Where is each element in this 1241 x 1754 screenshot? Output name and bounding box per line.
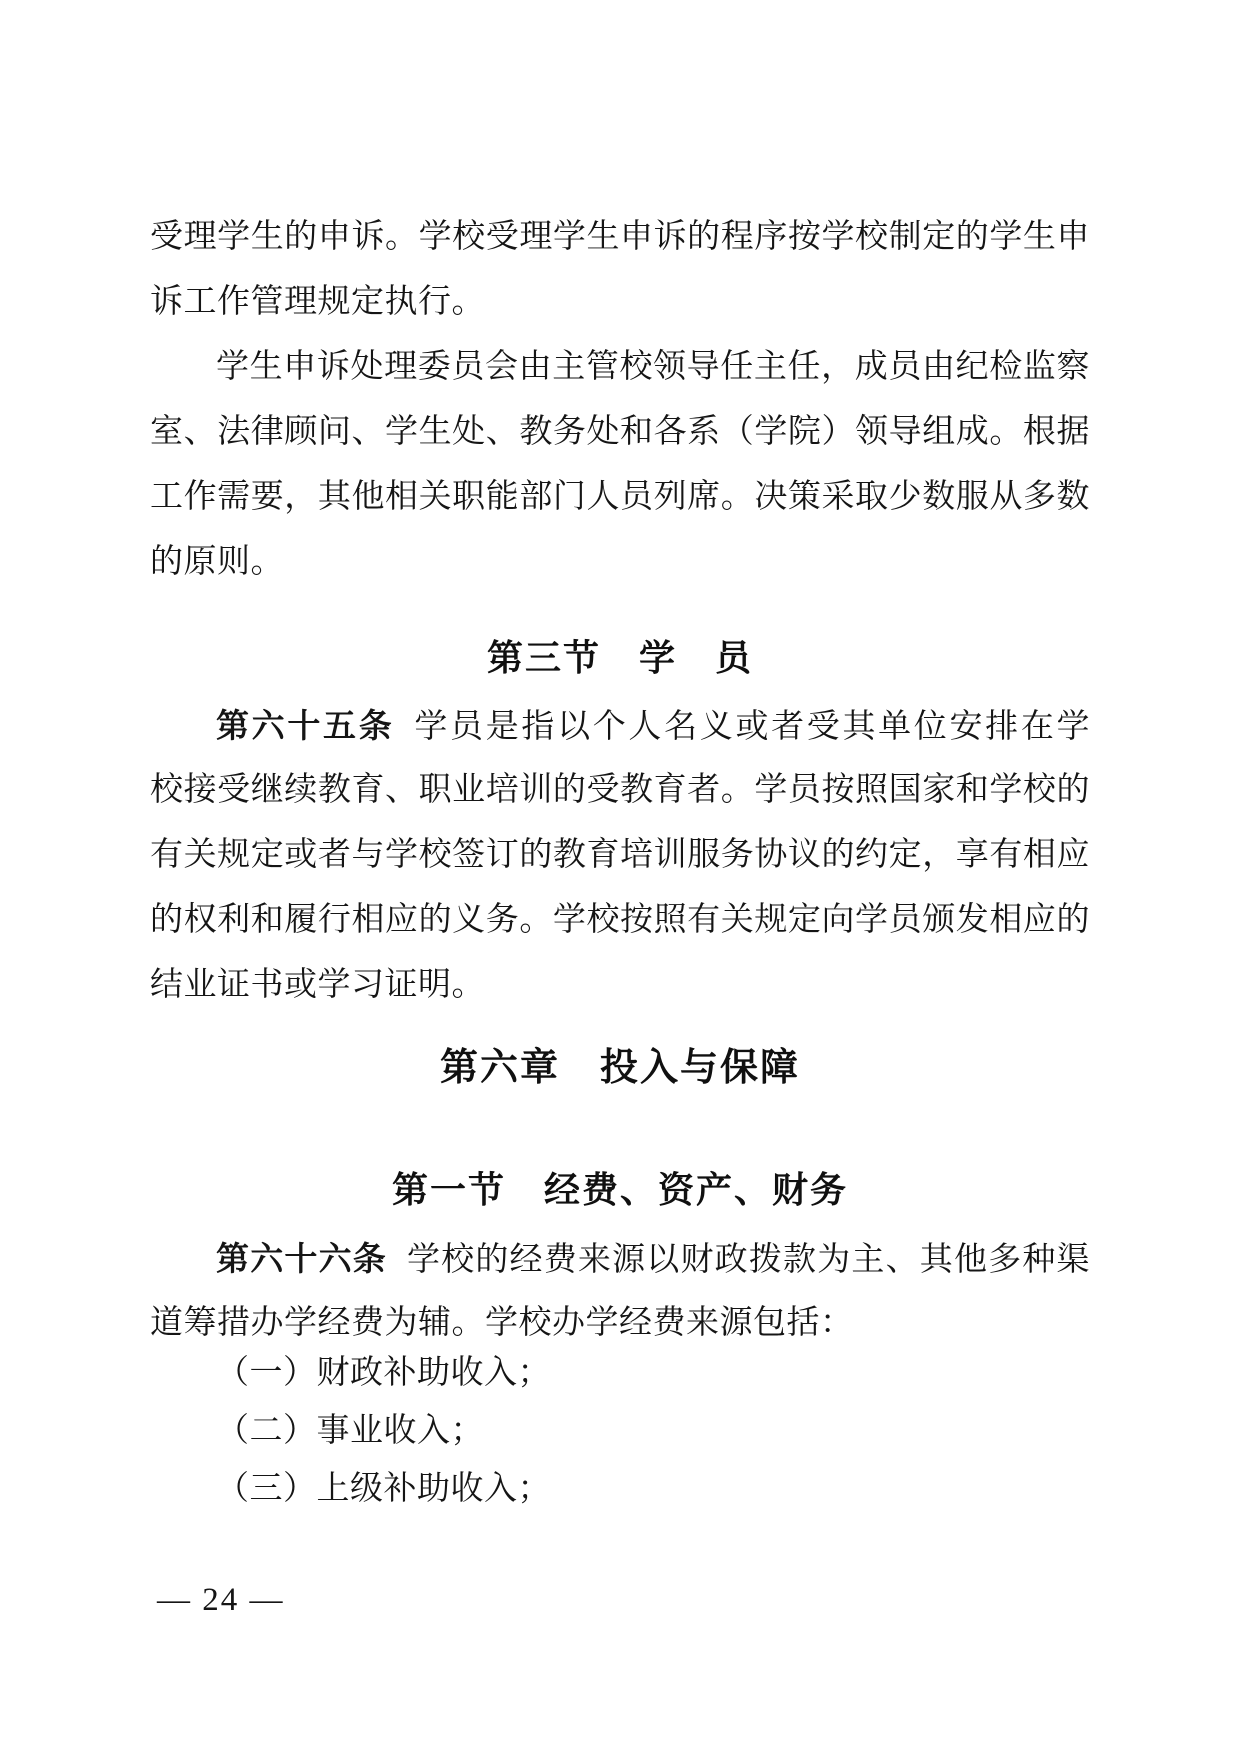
paragraph-appeal-continuation: 受理学生的申诉。学校受理学生申诉的程序按学校制定的学生申 诉工作管理规定执行。 <box>150 205 1090 335</box>
article-65-paragraph: 第六十五条学员是指以个人名义或者受其单位安排在学 校接受继续教育、职业培训的受教… <box>150 693 1090 1018</box>
funding-sources-list: （一）财政补助收入； （二）事业收入； （三）上级补助收入； <box>150 1344 1090 1518</box>
text-line: 诉工作管理规定执行。 <box>150 270 1090 335</box>
article-66-paragraph: 第六十六条学校的经费来源以财政拨款为主、其他多种渠 道筹措办学经费为辅。学校办学… <box>150 1226 1090 1356</box>
article-66-number: 第六十六条 <box>216 1240 387 1277</box>
paragraph-appeal-committee: 学生申诉处理委员会由主管校领导任主任，成员由纪检监察 室、法律顾问、学生处、教务… <box>150 335 1090 595</box>
text-line: 有关规定或者与学校签订的教育培训服务协议的约定，享有相应 <box>150 823 1090 888</box>
text-line: 结业证书或学习证明。 <box>150 953 1090 1018</box>
text-line: 室、法律顾问、学生处、教务处和各系（学院）领导组成。根据 <box>150 400 1090 465</box>
article-65-number: 第六十五条 <box>216 707 394 744</box>
article-66-first-line: 第六十六条学校的经费来源以财政拨款为主、其他多种渠 <box>150 1226 1090 1291</box>
page-number: — 24 — <box>157 1580 285 1620</box>
list-item: （一）财政补助收入； <box>150 1344 1090 1402</box>
section-1-heading: 第一节 经费、资产、财务 <box>150 1165 1090 1215</box>
list-item: （三）上级补助收入； <box>150 1460 1090 1518</box>
article-65-first-line: 第六十五条学员是指以个人名义或者受其单位安排在学 <box>150 693 1090 758</box>
text-line: 校接受继续教育、职业培训的受教育者。学员按照国家和学校的 <box>150 758 1090 823</box>
document-page: 受理学生的申诉。学校受理学生申诉的程序按学校制定的学生申 诉工作管理规定执行。 … <box>0 0 1241 1754</box>
text-line: 的权利和履行相应的义务。学校按照有关规定向学员颁发相应的 <box>150 888 1090 953</box>
text-line: 学生申诉处理委员会由主管校领导任主任，成员由纪检监察 <box>150 335 1090 400</box>
list-item: （二）事业收入； <box>150 1402 1090 1460</box>
text-line: 工作需要，其他相关职能部门人员列席。决策采取少数服从多数 <box>150 465 1090 530</box>
text-line: 受理学生的申诉。学校受理学生申诉的程序按学校制定的学生申 <box>150 205 1090 270</box>
text-line: 的原则。 <box>150 530 1090 595</box>
chapter-6-heading: 第六章 投入与保障 <box>150 1042 1090 1094</box>
article-65-text-start: 学员是指以个人名义或者受其单位安排在学 <box>414 709 1090 745</box>
section-3-heading: 第三节 学 员 <box>150 633 1090 683</box>
article-66-text-start: 学校的经费来源以财政拨款为主、其他多种渠 <box>407 1242 1090 1278</box>
